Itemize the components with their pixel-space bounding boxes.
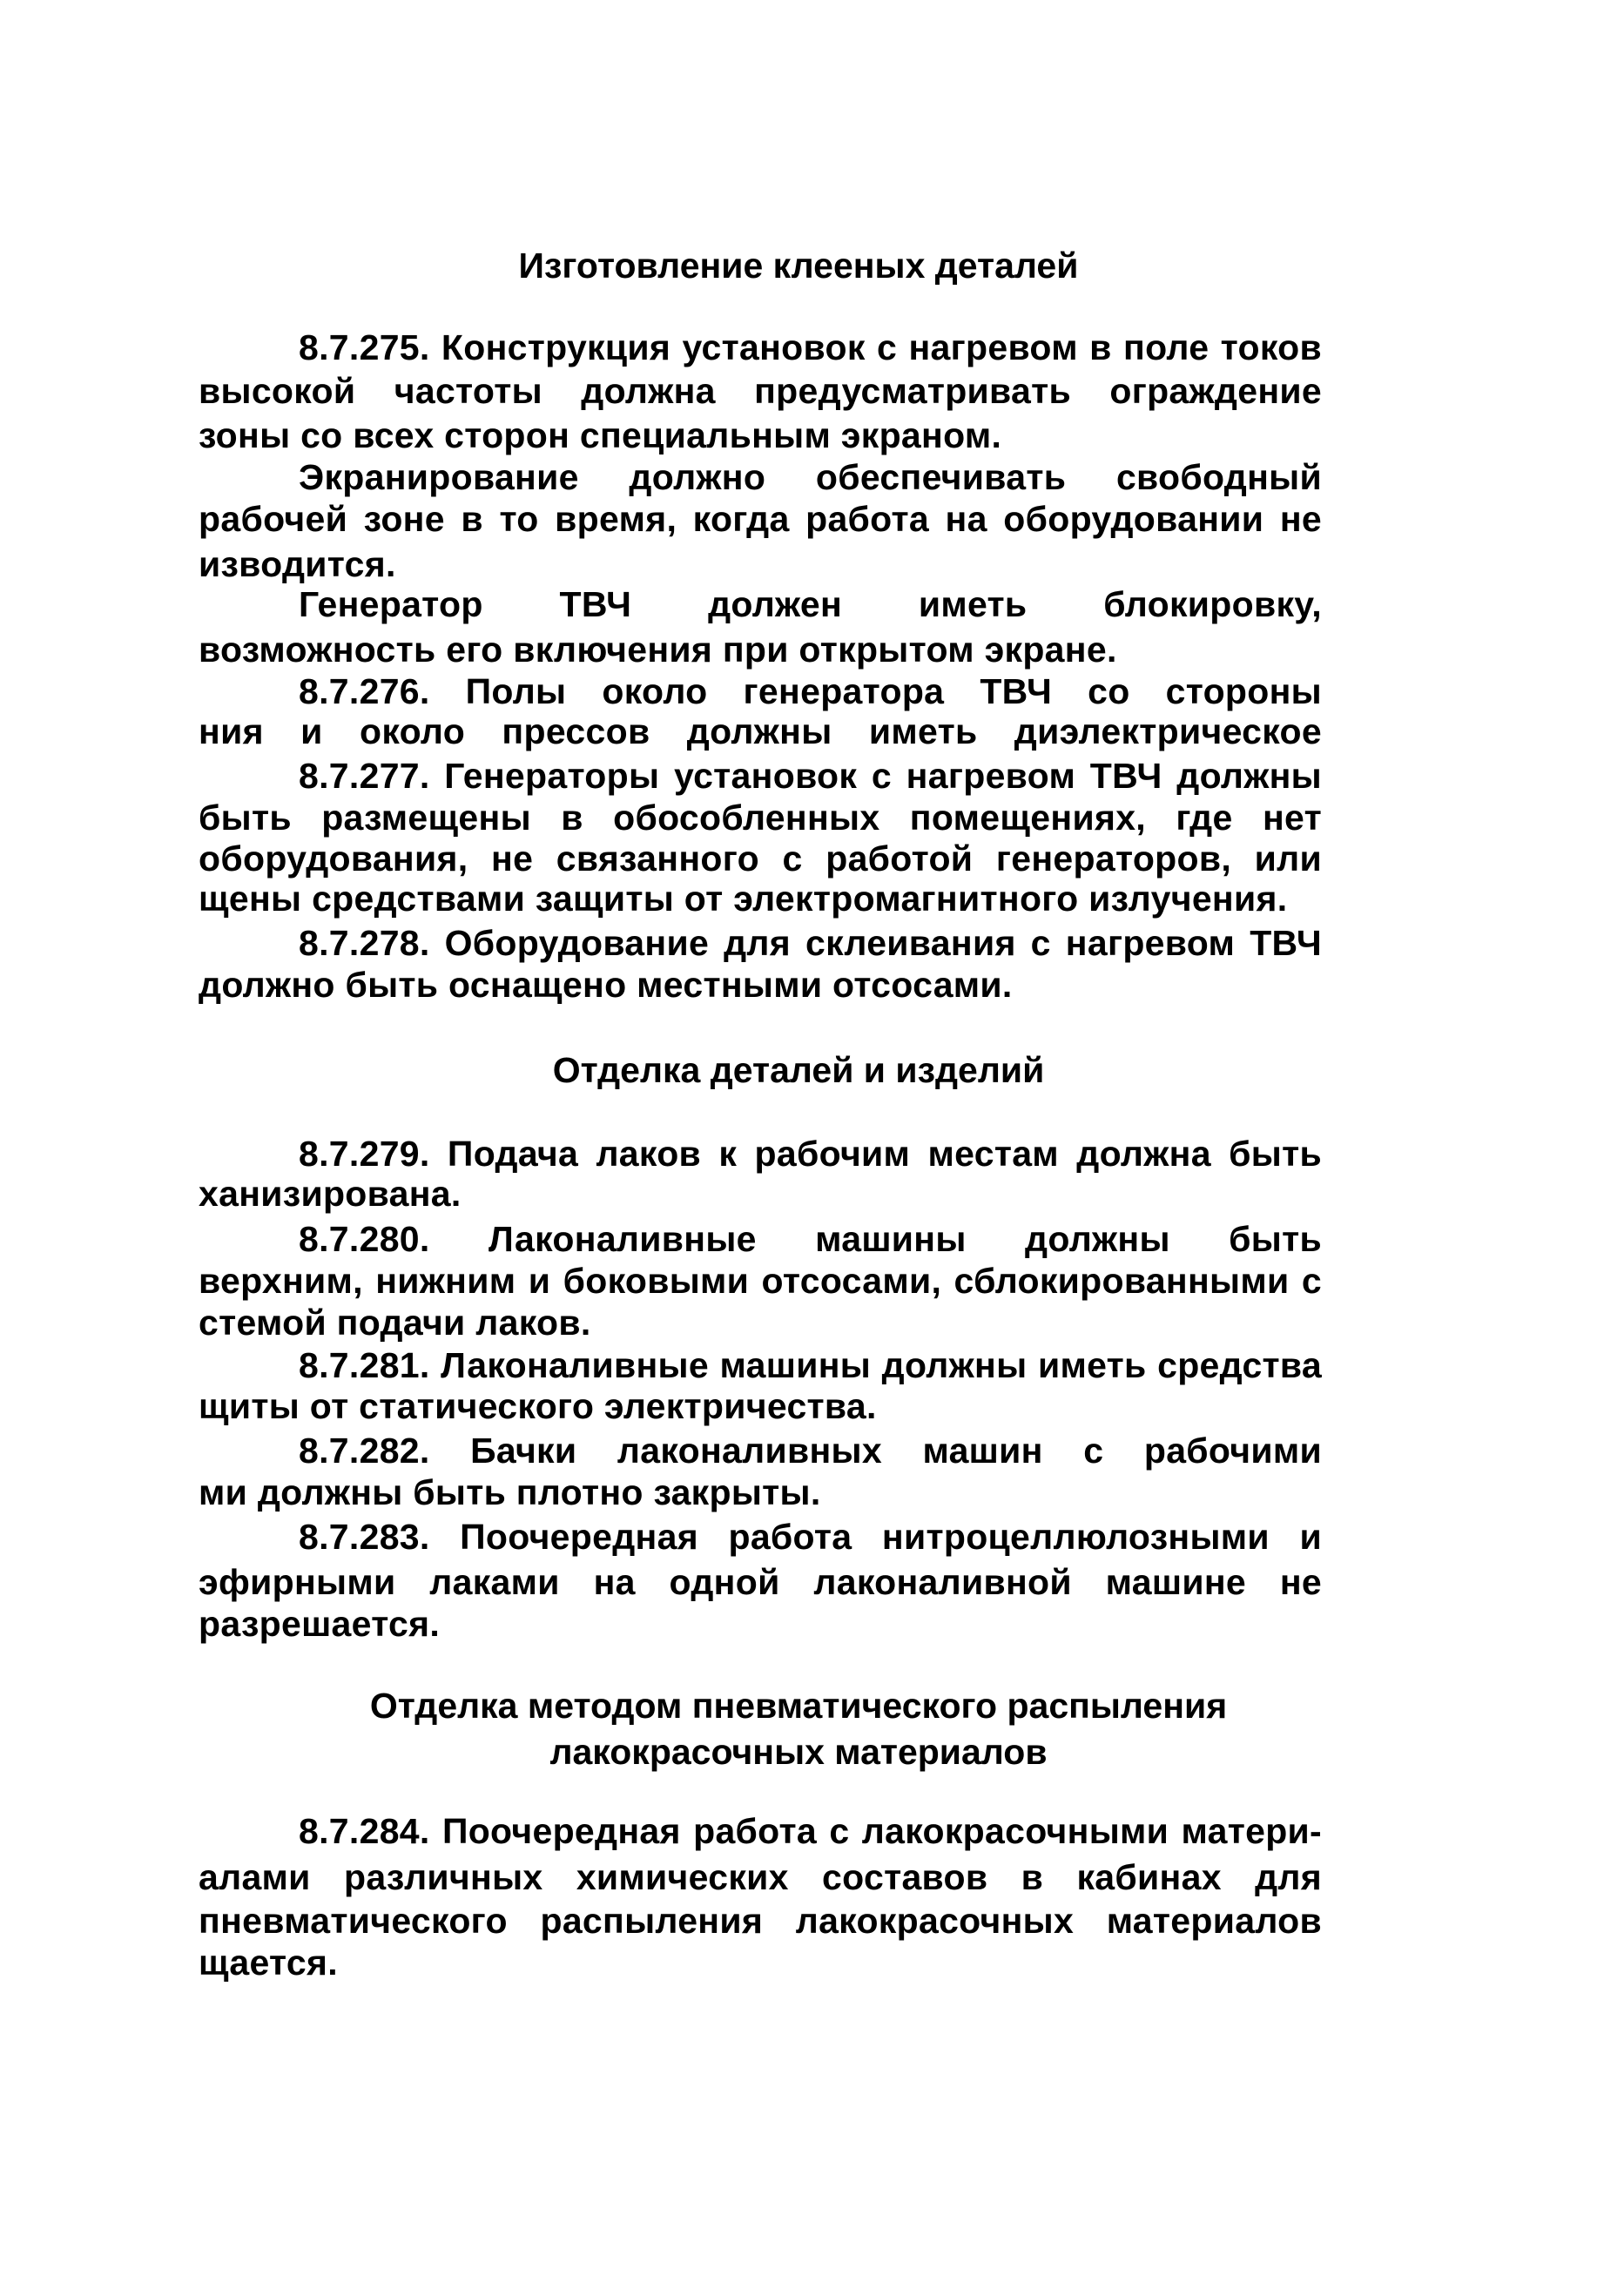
paragraph-line: верхним, нижним и боковыми отсосами, сбл… bbox=[199, 1260, 1322, 1302]
paragraph-line: 8.7.275. Конструкция установок с нагрево… bbox=[299, 327, 1322, 368]
paragraph-line: разрешается. bbox=[199, 1603, 1322, 1645]
paragraph-line: изводится. bbox=[199, 543, 1322, 585]
paragraph-line: 8.7.282. Бачки лаконаливных машин с рабо… bbox=[299, 1430, 1322, 1471]
paragraph-line: щиты от статического электричества. bbox=[199, 1385, 1322, 1427]
paragraph-line: щается. bbox=[199, 1942, 1322, 1983]
paragraph-line: оборудования, не связанного с работой ге… bbox=[199, 838, 1322, 879]
paragraph-line: 8.7.280. Лаконаливные машины должны быть… bbox=[299, 1218, 1322, 1260]
paragraph-line: высокой частоты должна предусматривать о… bbox=[199, 370, 1322, 412]
section-heading-finishing: Отделка деталей и изделий bbox=[0, 1049, 1597, 1091]
paragraph-line: 8.7.279. Подача лаков к рабочим местам д… bbox=[299, 1133, 1322, 1175]
section-heading-pneumatic-spraying-line2: лакокрасочных материалов bbox=[0, 1731, 1597, 1773]
paragraph-line: должно быть оснащено местными отсосами. bbox=[199, 964, 1322, 1006]
paragraph-line: возможность его включения при открытом э… bbox=[199, 629, 1322, 670]
paragraph-line: 8.7.277. Генераторы установок с нагревом… bbox=[299, 755, 1322, 797]
paragraph-line: пневматического распыления лакокрасочных… bbox=[199, 1900, 1322, 1942]
paragraph-line: зоны со всех сторон специальным экраном. bbox=[199, 414, 1322, 456]
heading-line: Отделка методом пневматического распылен… bbox=[370, 1685, 1227, 1727]
document-page: Изготовление клееных деталей 8.7.275. Ко… bbox=[0, 0, 1597, 2296]
paragraph-line: быть размещены в обособленных помещениях… bbox=[199, 797, 1322, 838]
paragraph-line: Генератор ТВЧ должен иметь блокировку, и… bbox=[299, 583, 1322, 625]
heading-line: Отделка деталей и изделий bbox=[553, 1049, 1045, 1091]
paragraph-line: 8.7.283. Поочередная работа нитроцеллюло… bbox=[299, 1516, 1322, 1558]
paragraph-line: ханизирована. bbox=[199, 1173, 1322, 1215]
section-heading-pneumatic-spraying: Отделка методом пневматического распылен… bbox=[0, 1685, 1597, 1727]
paragraph-line: стемой подачи лаков. bbox=[199, 1302, 1322, 1343]
paragraph-line: эфирными лаками на одной лаконаливной ма… bbox=[199, 1561, 1322, 1603]
paragraph-line: 8.7.281. Лаконаливные машины должны имет… bbox=[299, 1344, 1322, 1386]
paragraph-line: ми должны быть плотно закрыты. bbox=[199, 1471, 1322, 1513]
paragraph-line: 8.7.284. Поочередная работа с лакокрасоч… bbox=[299, 1810, 1322, 1852]
section-heading-gluing: Изготовление клееных деталей bbox=[0, 245, 1597, 286]
paragraph-line: 8.7.276. Полы около генератора ТВЧ со ст… bbox=[299, 670, 1322, 712]
paragraph-line: рабочей зоне в то время, когда работа на… bbox=[199, 498, 1322, 540]
paragraph-line: ния и около прессов должны иметь диэлект… bbox=[199, 710, 1322, 752]
paragraph-line: Экранирование должно обеспечивать свобод… bbox=[299, 456, 1322, 498]
paragraph-line: алами различных химических составов в ка… bbox=[199, 1856, 1322, 1898]
paragraph-line: щены средствами защиты от электромагнитн… bbox=[199, 878, 1322, 919]
heading-line: лакокрасочных материалов bbox=[549, 1731, 1047, 1773]
heading-line: Изготовление клееных деталей bbox=[519, 245, 1079, 286]
paragraph-line: 8.7.278. Оборудование для склеивания с н… bbox=[299, 922, 1322, 964]
